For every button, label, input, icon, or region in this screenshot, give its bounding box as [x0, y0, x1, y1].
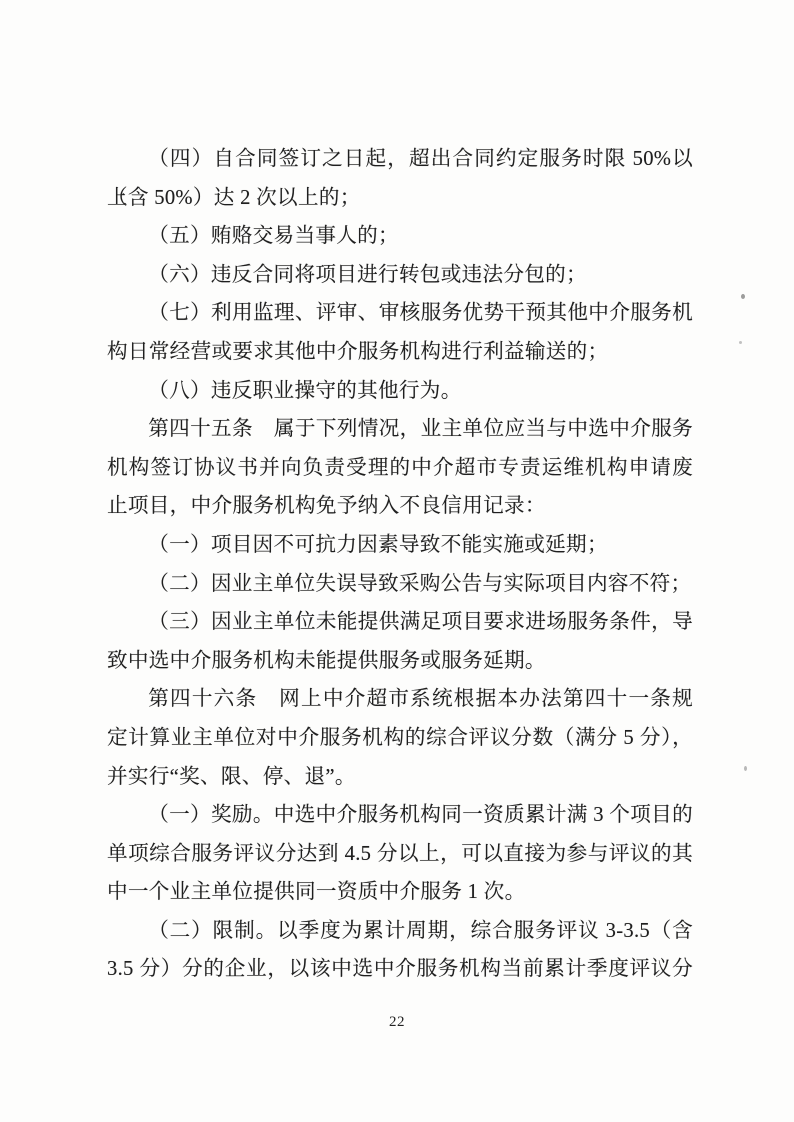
text-line: （含 50%）达 2 次以上的；: [107, 179, 693, 218]
text-line: （三）因业主单位未能提供满足项目要求进场服务条件，导: [107, 603, 693, 642]
text-line: （七）利用监理、评审、审核服务优势干预其他中介服务机: [107, 294, 693, 333]
page-number: 22: [0, 1014, 794, 1031]
text-line: 中一个业主单位提供同一资质中介服务 1 次。: [107, 873, 693, 912]
text-line: 第四十六条 网上中介超市系统根据本办法第四十一条规: [107, 680, 693, 719]
text-line: （四）自合同签订之日起，超出合同约定服务时限 50%以上: [107, 140, 693, 179]
document-body: （四）自合同签订之日起，超出合同约定服务时限 50%以上（含 50%）达 2 次…: [107, 140, 693, 989]
text-line: （二）因业主单位失误导致采购公告与实际项目内容不符；: [107, 565, 693, 604]
text-line: （五）贿赂交易当事人的；: [107, 217, 693, 256]
text-line: 单项综合服务评议分达到 4.5 分以上，可以直接为参与评议的其: [107, 835, 693, 874]
text-line: 定计算业主单位对中介服务机构的综合评议分数（满分 5 分），: [107, 719, 693, 758]
text-line: 止项目，中介服务机构免予纳入不良信用记录：: [107, 487, 693, 526]
text-line: （一）项目因不可抗力因素导致不能实施或延期；: [107, 526, 693, 565]
scan-artifact: [739, 341, 742, 344]
text-line: （二）限制。以季度为累计周期，综合服务评议 3-3.5（含: [107, 912, 693, 951]
text-line: 并实行“奖、限、停、退”。: [107, 758, 693, 797]
document-page: （四）自合同签订之日起，超出合同约定服务时限 50%以上（含 50%）达 2 次…: [0, 0, 794, 1122]
scan-artifact: [741, 294, 745, 299]
text-line: 第四十五条 属于下列情况，业主单位应当与中选中介服务: [107, 410, 693, 449]
scan-artifact: [744, 766, 747, 771]
text-line: （一）奖励。中选中介服务机构同一资质累计满 3 个项目的: [107, 796, 693, 835]
text-line: 机构签订协议书并向负责受理的中介超市专责运维机构申请废: [107, 449, 693, 488]
text-line: 构日常经营或要求其他中介服务机构进行利益输送的；: [107, 333, 693, 372]
text-line: （八）违反职业操守的其他行为。: [107, 372, 693, 411]
text-line: 3.5 分）分的企业，以该中选中介服务机构当前累计季度评议分: [107, 950, 693, 989]
text-line: （六）违反合同将项目进行转包或违法分包的；: [107, 256, 693, 295]
text-line: 致中选中介服务机构未能提供服务或服务延期。: [107, 642, 693, 681]
